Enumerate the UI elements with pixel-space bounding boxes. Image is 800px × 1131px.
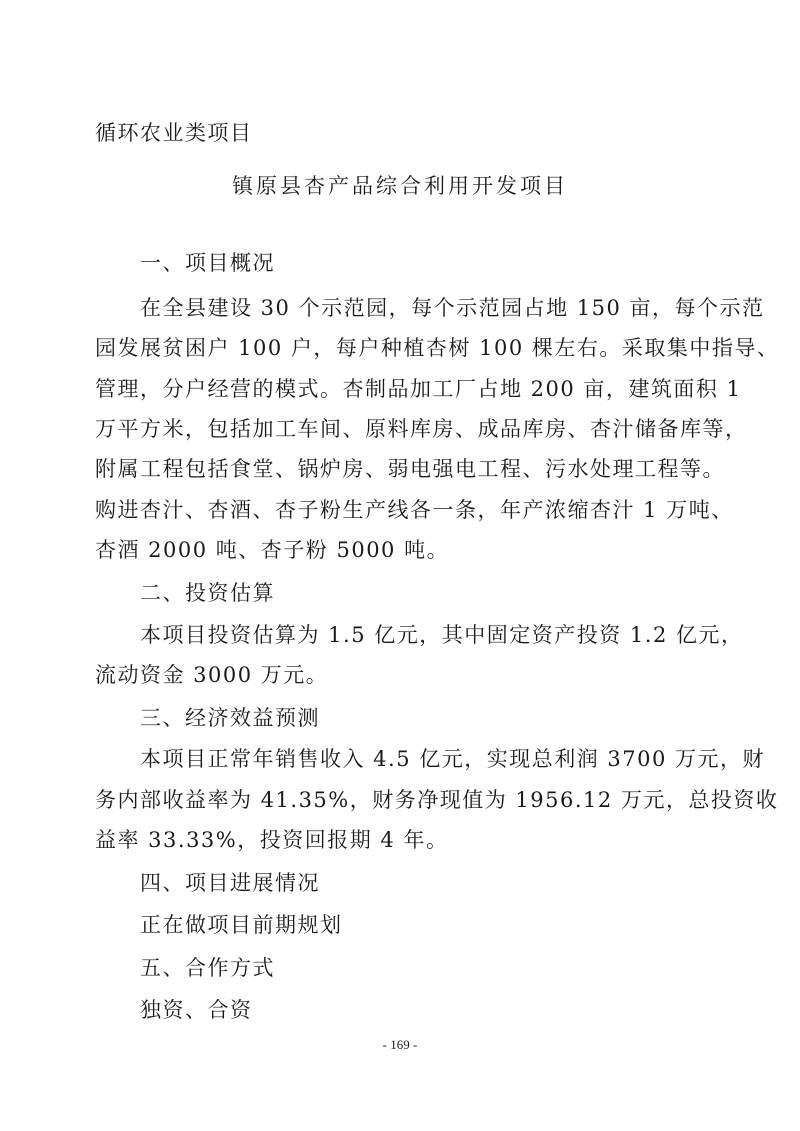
paragraph-line: 园发展贫困户 100 户，每户种植杏树 100 棵左右。采取集中指导、 [95,335,710,361]
paragraph-line: 万平方米，包括加工车间、原料库房、成品库房、杏汁储备库等， [95,416,710,442]
paragraph-line: 在全县建设 30 个示范园，每个示范园占地 150 亩，每个示范 [140,295,710,321]
section-heading-progress: 四、项目进展情况 [140,870,320,896]
section-heading-cooperation: 五、合作方式 [140,955,275,981]
paragraph-line: 本项目正常年销售收入 4.5 亿元，实现总利润 3700 万元，财 [140,746,710,772]
paragraph-line: 正在做项目前期规划 [140,912,343,938]
paragraph-line: 附属工程包括食堂、锅炉房、弱电强电工程、污水处理工程等。 [95,456,710,482]
paragraph-line: 管理，分户经营的模式。杏制品加工厂占地 200 亩，建筑面积 1 [95,376,710,402]
paragraph-line: 独资、合资 [140,997,253,1023]
document-page: 循环农业类项目 镇原县杏产品综合利用开发项目 一、项目概况 在全县建设 30 个… [0,0,800,1131]
paragraph-line: 购进杏汁、杏酒、杏子粉生产线各一条，年产浓缩杏汁 1 万吨、 [95,497,710,523]
section-heading-overview: 一、项目概况 [140,250,275,276]
section-heading-investment: 二、投资估算 [140,580,275,606]
paragraph-line: 益率 33.33%，投资回报期 4 年。 [95,827,448,853]
project-category: 循环农业类项目 [95,120,253,146]
page-number: - 169 - [0,1037,800,1053]
page-title: 镇原县杏产品综合利用开发项目 [0,173,800,199]
paragraph-line: 杏酒 2000 吨、杏子粉 5000 吨。 [95,537,449,563]
paragraph-line: 本项目投资估算为 1.5 亿元，其中固定资产投资 1.2 亿元， [140,622,710,648]
section-heading-economic-forecast: 三、经济效益预测 [140,705,320,731]
paragraph-line: 流动资金 3000 万元。 [95,662,328,688]
paragraph-line: 务内部收益率为 41.35%，财务净现值为 1956.12 万元，总投资收 [95,787,710,813]
